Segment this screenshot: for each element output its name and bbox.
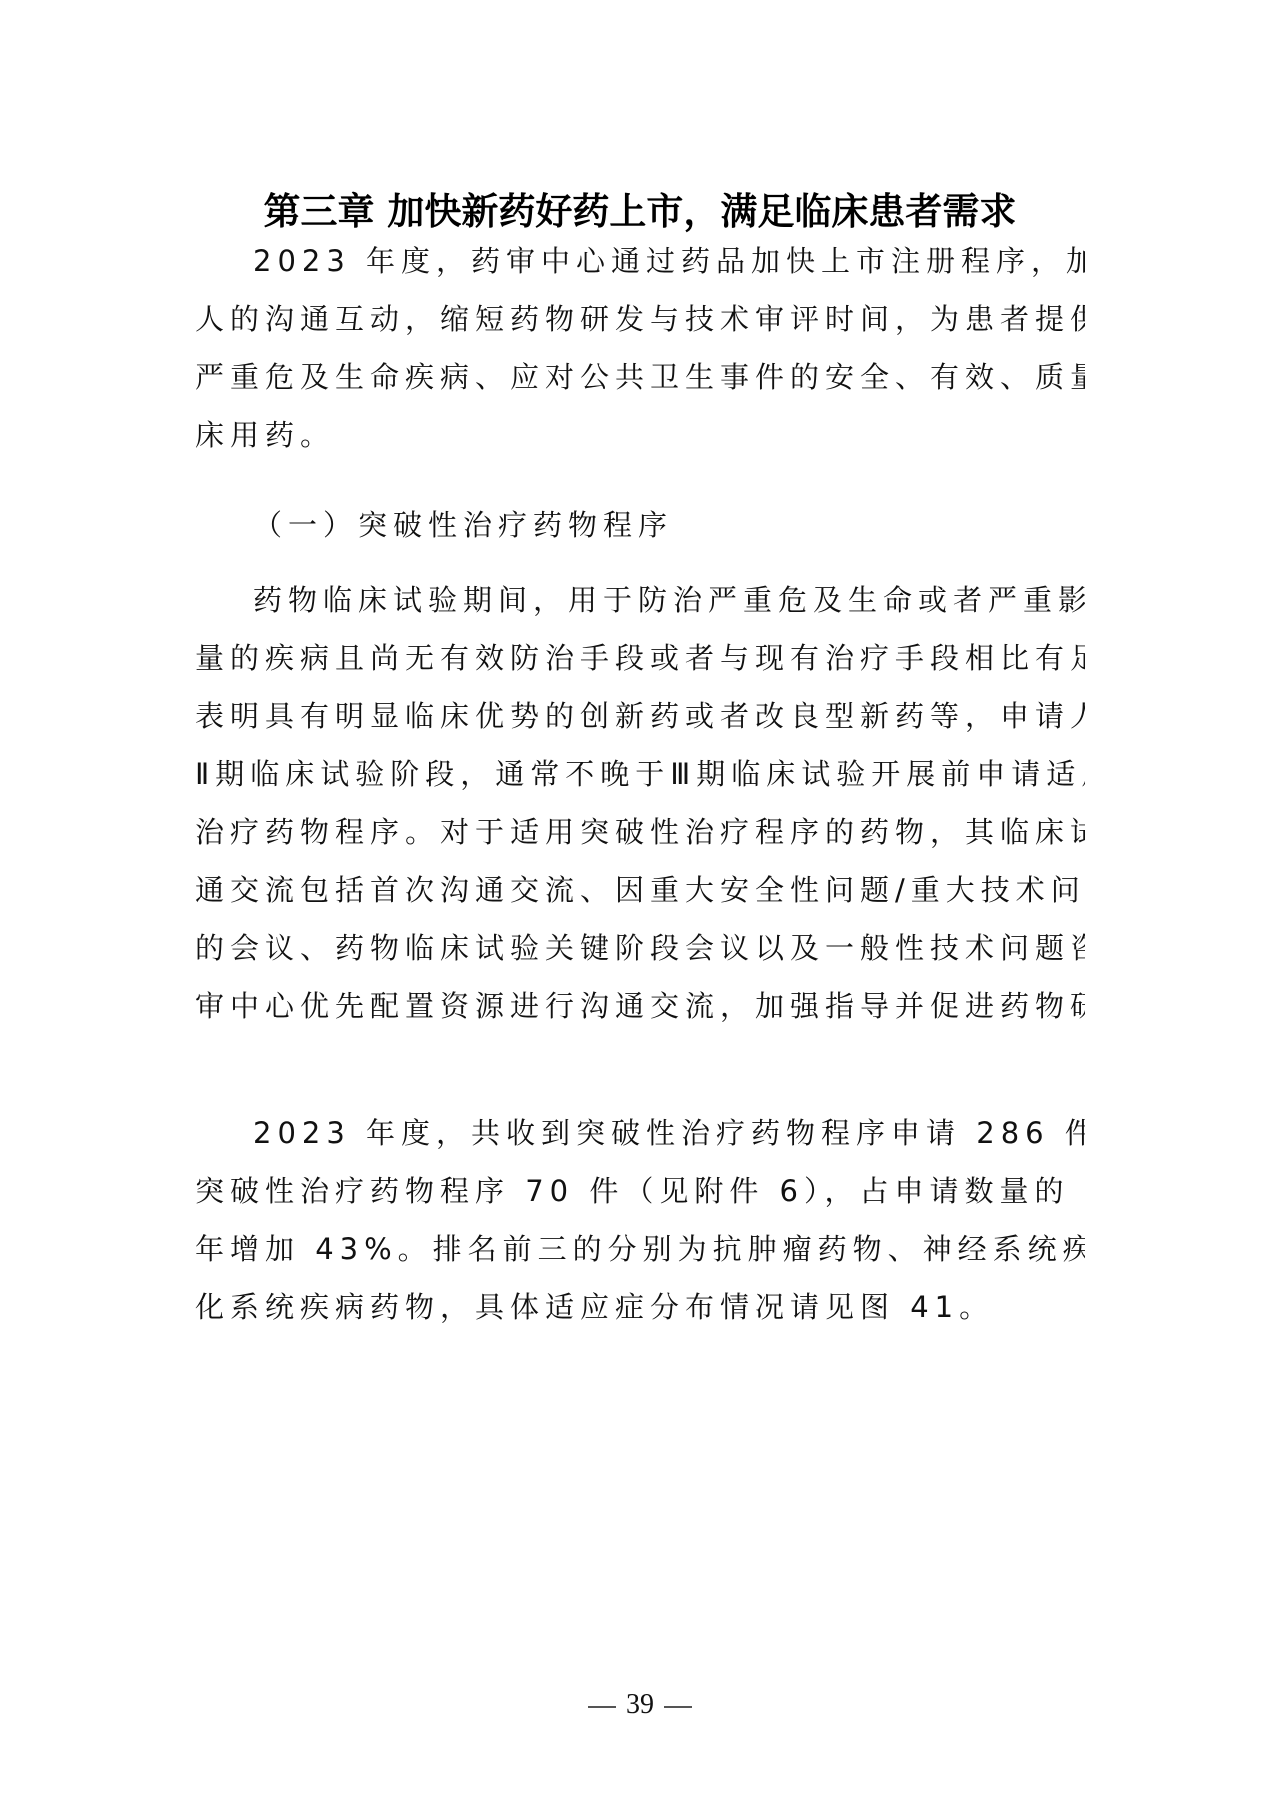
dash-decoration [588,1706,616,1708]
page-number-value: 39 [626,1689,654,1720]
paragraph-line: 人的沟通互动，缩短药物研发与技术审评时间，为患者提供更多治疗 [195,290,1085,348]
section-heading: （一）突破性治疗药物程序 [253,496,673,554]
paragraph-line: 审中心优先配置资源进行沟通交流，加强指导并促进药物研发。 [195,977,1085,1035]
paragraph-line: 通交流包括首次沟通交流、因重大安全性问题/重大技术问题而召开 [195,861,1085,919]
paragraph-line: 化系统疾病药物，具体适应症分布情况请见图 41。 [195,1278,1085,1336]
paragraph-line: 突破性治疗药物程序 70 件（见附件 6），占申请数量的 24.5%，较 202… [195,1162,1085,1220]
paragraph-line: 年增加 43%。排名前三的分别为抗肿瘤药物、神经系统疾病药物及消 [195,1220,1085,1278]
page-number: 39 [0,1688,1280,1722]
paragraph-line: 量的疾病且尚无有效防治手段或者与现有治疗手段相比有足够证据 [195,629,1085,687]
dash-decoration [664,1706,692,1708]
document-page: 第三章 加快新药好药上市，满足临床患者需求 2023 年度，药审中心通过药品加快… [0,0,1280,1810]
paragraph-line: 床用药。 [195,406,1085,464]
paragraph-line: 的会议、药物临床试验关键阶段会议以及一般性技术问题咨询等，药 [195,919,1085,977]
paragraph-line: 药物临床试验期间，用于防治严重危及生命或者严重影响生存质 [195,571,1085,629]
paragraph-line: Ⅱ期临床试验阶段，通常不晚于Ⅲ期临床试验开展前申请适用突破性 [195,745,1085,803]
definition-paragraph: 药物临床试验期间，用于防治严重危及生命或者严重影响生存质 量的疾病且尚无有效防治… [195,571,1085,1035]
paragraph-line: 治疗药物程序。对于适用突破性治疗程序的药物，其临床试验期间沟 [195,803,1085,861]
paragraph-line: 2023 年度，共收到突破性治疗药物程序申请 286 件，同意纳入 [195,1104,1085,1162]
paragraph-line: 严重危及生命疾病、应对公共卫生事件的安全、有效、质量可控的临 [195,348,1085,406]
intro-paragraph: 2023 年度，药审中心通过药品加快上市注册程序，加强与申请 人的沟通互动，缩短… [195,232,1085,464]
statistics-paragraph: 2023 年度，共收到突破性治疗药物程序申请 286 件，同意纳入 突破性治疗药… [195,1104,1085,1336]
paragraph-line: 2023 年度，药审中心通过药品加快上市注册程序，加强与申请 [195,232,1085,290]
chapter-title: 第三章 加快新药好药上市，满足临床患者需求 [0,185,1280,237]
paragraph-line: 表明具有明显临床优势的创新药或者改良型新药等，申请人可以在Ⅰ、 [195,687,1085,745]
